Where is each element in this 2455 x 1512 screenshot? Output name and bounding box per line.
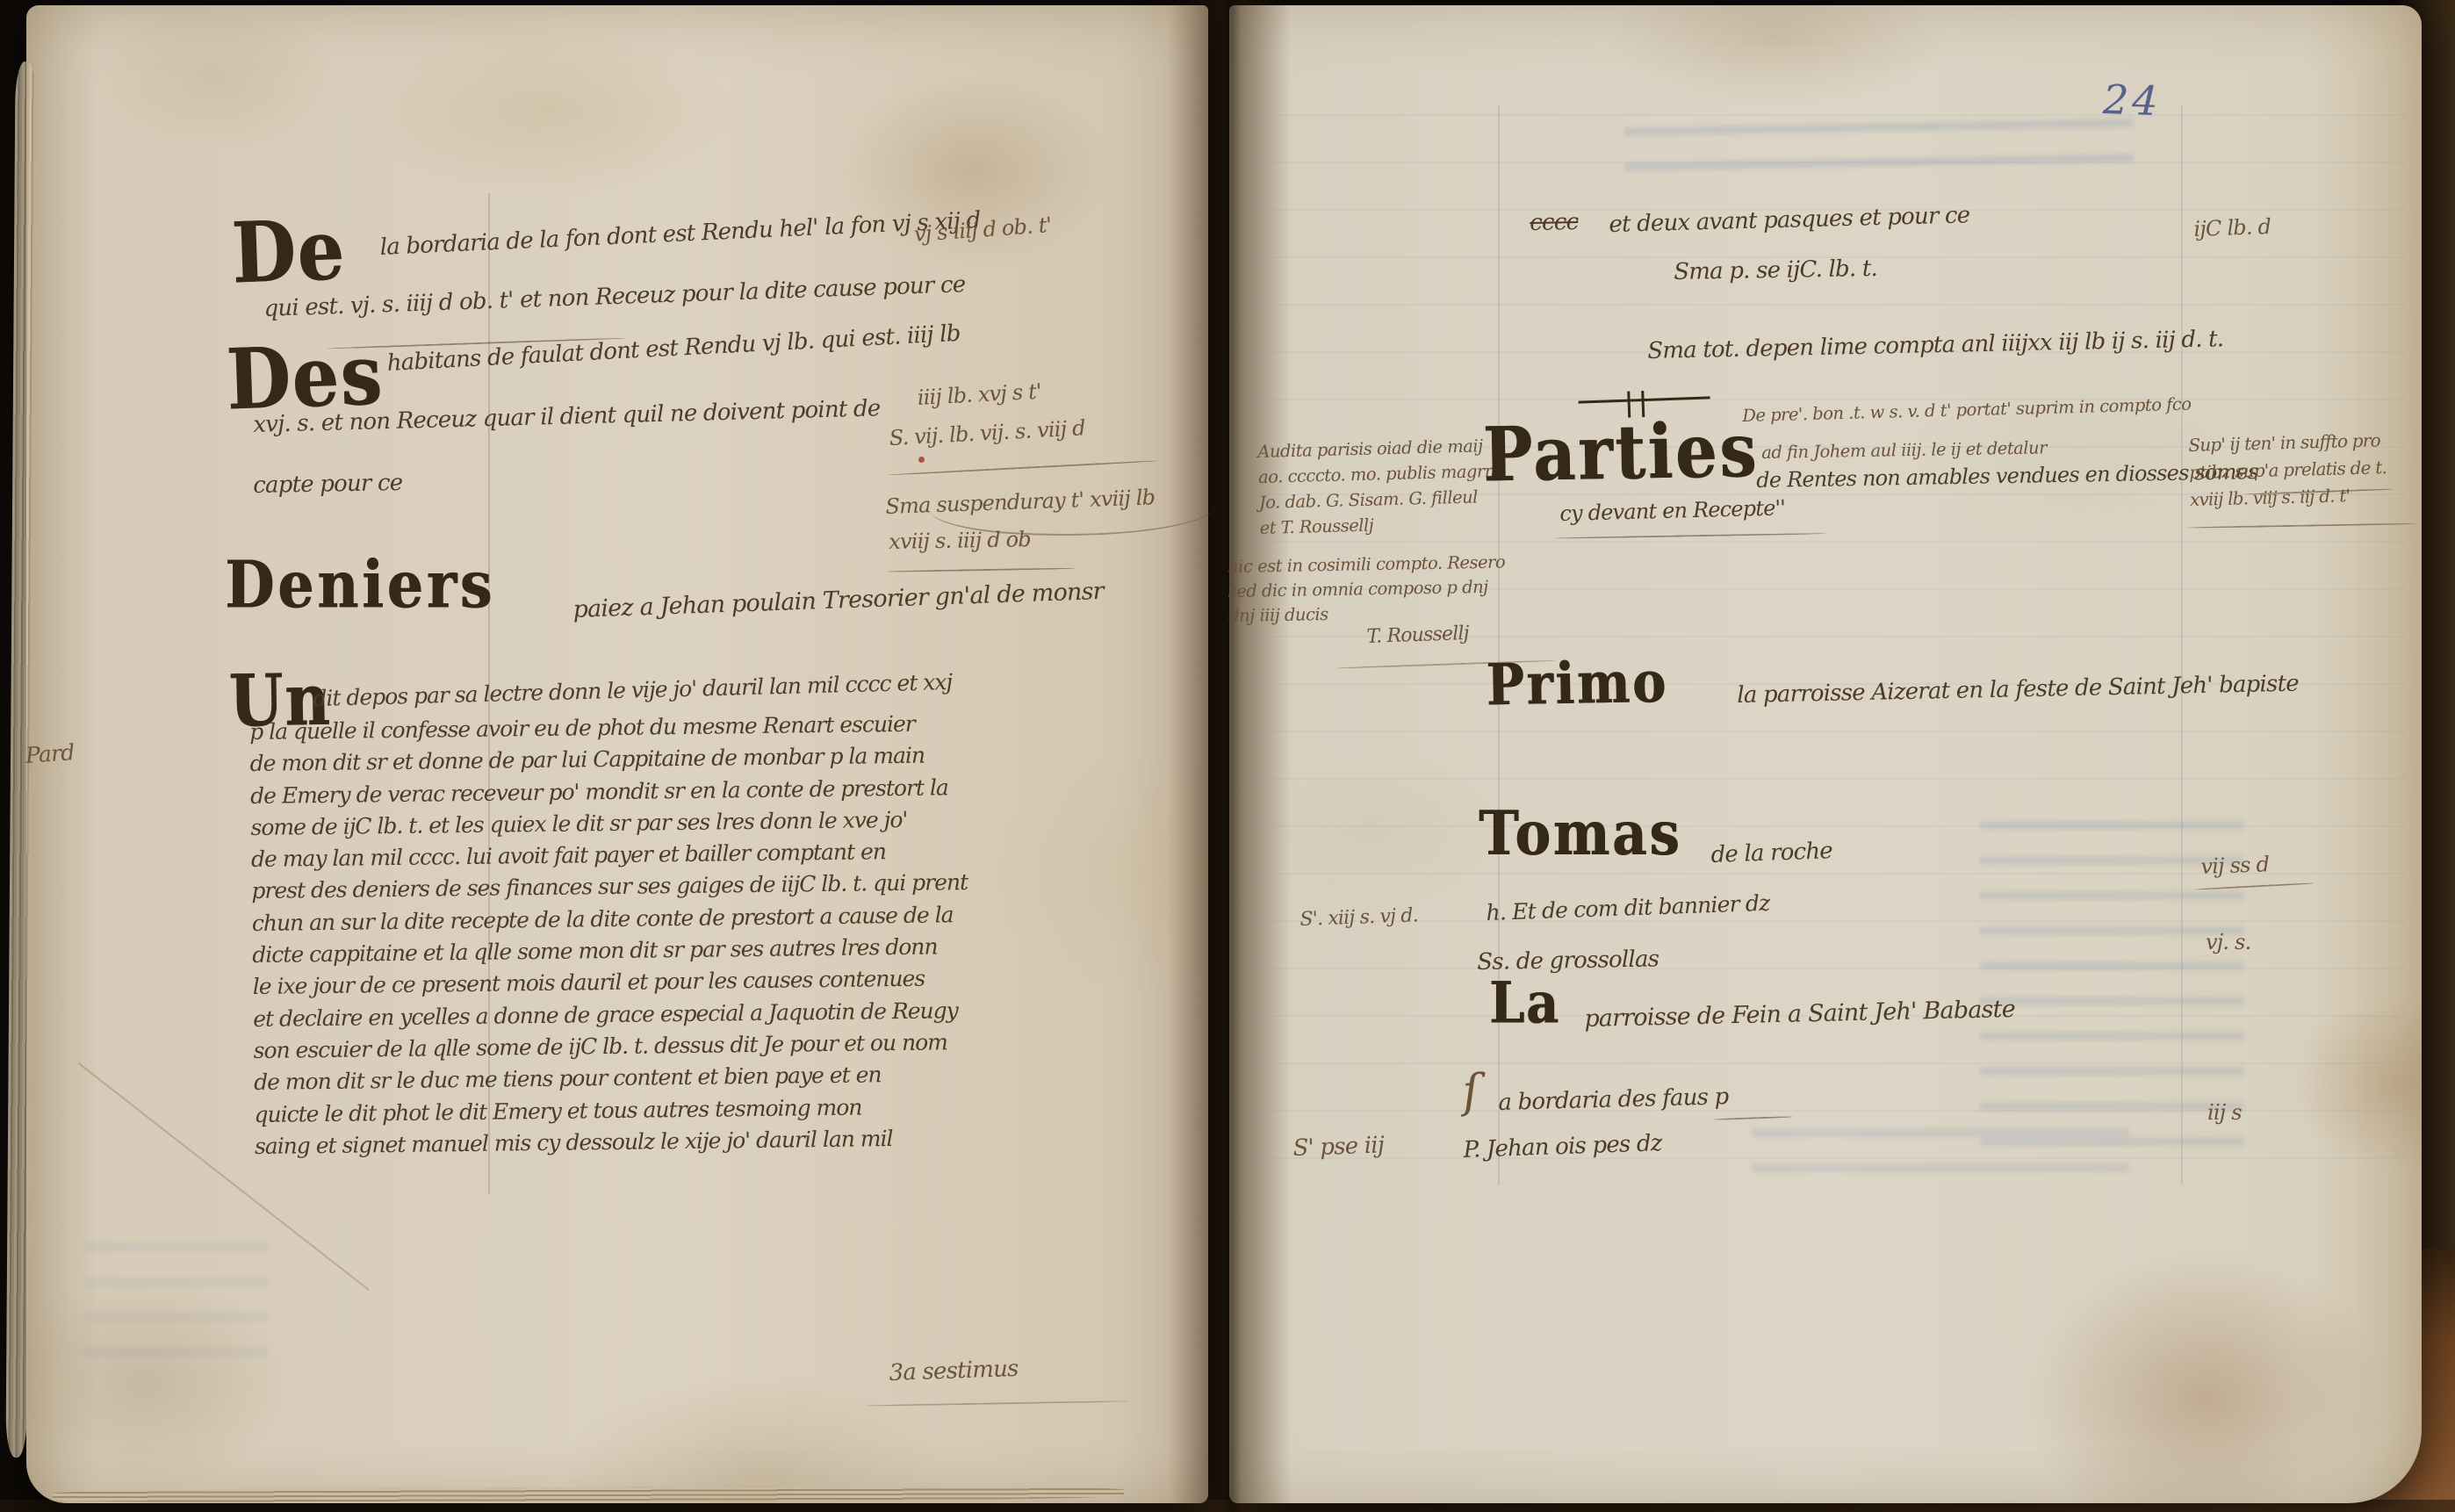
ruling-line-vertical	[2181, 105, 2183, 1185]
entry-initial: Tomas	[1479, 797, 1681, 869]
margin-sum: vj. s.	[2206, 929, 2250, 955]
paragraph-body: p la quelle il confesse avoir eu de phot…	[249, 708, 971, 1163]
entry-line-struck-word: cccc	[1530, 208, 1579, 237]
margin-sum: vij ss d	[2200, 851, 2270, 880]
margin-sum: xviij s. iiij d ob	[889, 526, 1031, 555]
entry-initial: De	[230, 199, 347, 302]
entry-line: capte pour ce	[253, 469, 403, 500]
margin-sum: iij s	[2207, 1099, 2242, 1126]
entry-initial: La	[1489, 969, 1560, 1036]
entry-line: de la roche	[1710, 837, 1832, 869]
entry-line: a bordaria des faus p	[1498, 1083, 1729, 1117]
margin-sum: ijC lb. d	[2193, 213, 2271, 242]
manuscript-photo: De la bordaria de la fon dont est Rendu …	[0, 0, 2455, 1512]
margin-sum-left: S'. xiij s. vj d.	[1299, 904, 1418, 932]
section-heading-initial: Deniers	[225, 546, 495, 623]
entry-initial: Primo	[1486, 648, 1668, 718]
margin-annotation-latin: hic est in cosimili compto. Resero sed d…	[1227, 550, 1506, 629]
red-ink-speck	[918, 457, 925, 463]
margin-sum-left: S' pse iij	[1292, 1131, 1385, 1163]
margin-annotation-right: Sup' ij ten' in suffto pro ptibz sup'a p…	[2188, 427, 2387, 514]
pen-flourish-letter: ſ	[1461, 1063, 1480, 1121]
section-heading-initial: Parties	[1482, 407, 1760, 499]
sum-line: Sma p. se ijC. lb. t.	[1674, 255, 1877, 287]
quire-signature: 3a sestimus	[889, 1355, 1019, 1388]
margin-annotation: Pard	[25, 738, 75, 769]
margin-annotation-audita: Audita parisis oiad die maij ao. ccccto.…	[1257, 433, 1502, 541]
auditor-signature: T. Roussellj	[1366, 622, 1469, 650]
folio-number: 24	[2102, 76, 2162, 125]
